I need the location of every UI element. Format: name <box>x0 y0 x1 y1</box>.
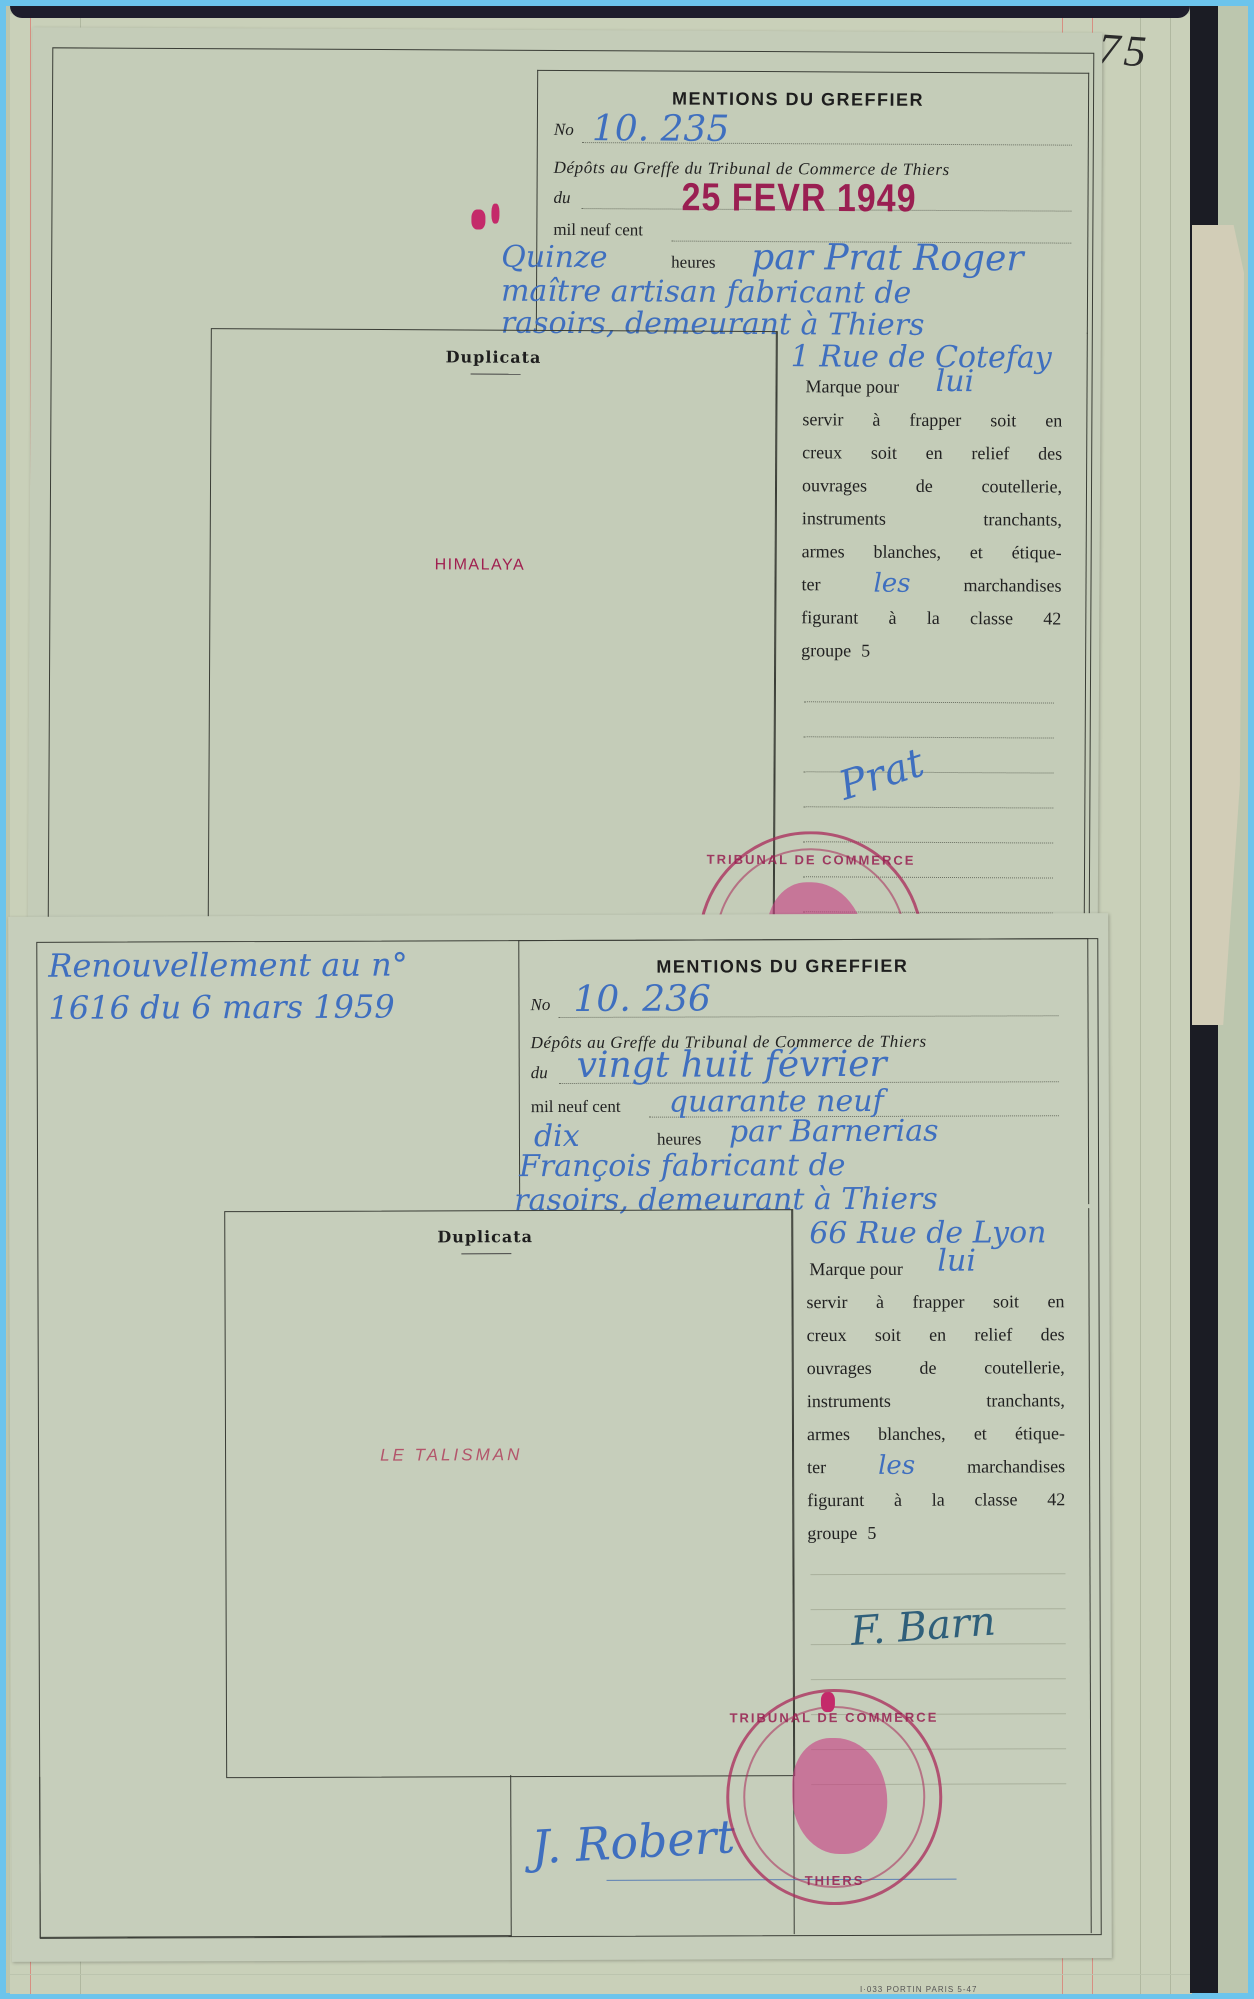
registration-number: 10. 235 <box>592 108 730 150</box>
tribunal-seal: TRIBUNAL DE COMMERCE THIERS <box>726 1689 943 1906</box>
book-binding-top <box>10 6 1190 18</box>
duplicata-title: Duplicata <box>446 347 542 367</box>
hour-value: Quinze <box>501 240 608 276</box>
du-label: du <box>531 1063 548 1083</box>
year-label: mil neuf cent <box>553 220 643 240</box>
registration-sheet-2: Renouvellement au n° 1616 du 6 mars 1959… <box>8 913 1112 1962</box>
renewal-annotation-line-1: Renouvellement au n° <box>48 946 407 985</box>
clerk-signature: J. Robert <box>530 1809 736 1874</box>
marque-label: Marque pour <box>809 1259 903 1280</box>
marque-label: Marque pour <box>805 376 899 397</box>
ink-blot <box>491 204 499 224</box>
number-label: No <box>554 120 574 140</box>
hours-label: heures <box>657 1130 701 1150</box>
renewal-annotation-line-2: 1616 du 6 mars 1959 <box>48 988 394 1027</box>
mentions-title: MENTIONS DU GREFFIER <box>656 956 908 978</box>
registration-number: 10. 236 <box>573 978 711 1019</box>
du-label: du <box>553 188 570 208</box>
brand-name-stamp: LE TALISMAN <box>380 1445 522 1465</box>
registration-sheet-1: MENTIONS DU GREFFIER No 10. 235 Dépôts a… <box>28 27 1103 953</box>
ink-blot <box>821 1692 835 1712</box>
marque-description: serviràfrappersoiten creuxsoitenreliefde… <box>806 1285 1065 1550</box>
marque-for: lui <box>935 364 974 399</box>
date-stamp: 25 FEVR 1949 <box>681 176 916 222</box>
hours-label: heures <box>671 253 715 273</box>
bottom-left-cell <box>39 1775 512 1938</box>
depositor-line-1: par Barnerias <box>729 1114 939 1150</box>
marque-for: lui <box>937 1244 976 1279</box>
mentions-title: MENTIONS DU GREFFIER <box>672 89 924 111</box>
duplicata-title: Duplicata <box>437 1227 533 1246</box>
duplicata-box <box>208 328 778 933</box>
number-label: No <box>530 995 550 1015</box>
marque-description: serviràfrappersoiten creuxsoitenreliefde… <box>801 403 1062 668</box>
printer-mark: I·033 PORTIN PARIS 5-47 <box>860 1985 977 1994</box>
duplicata-box <box>224 1209 795 1778</box>
date-value: vingt huit février <box>577 1044 887 1086</box>
year-label: mil neuf cent <box>531 1097 621 1117</box>
depositor-line-1: par Prat Roger <box>751 237 1024 279</box>
depositor-line-2: François fabricant de <box>519 1148 846 1184</box>
ink-blot <box>471 210 485 230</box>
brand-name-stamp: HIMALAYA <box>435 556 526 574</box>
